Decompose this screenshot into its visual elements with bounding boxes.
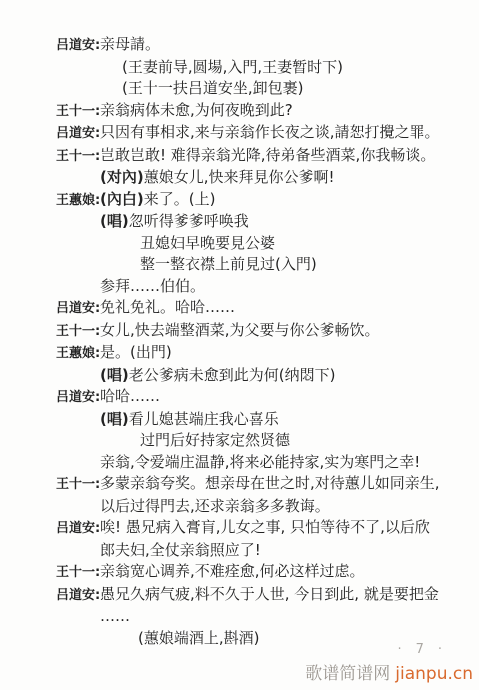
- page-number-decor-left: ·: [397, 642, 401, 657]
- dialogue-line: 吕道安:亲母請。: [0, 34, 479, 57]
- stage-marker: (唱): [100, 410, 129, 428]
- watermark-site-name: 歌谱简谱网: [305, 664, 390, 684]
- line-text: 是。(出門): [100, 343, 172, 361]
- line-text: 过門后好持家定然贤德: [140, 431, 290, 449]
- script-line: 以后过得門去,还求亲翁多多教诲。: [0, 496, 479, 518]
- speaker-name: 王十一:: [56, 474, 100, 496]
- page-number: ·7·: [390, 642, 449, 657]
- script-line: ……: [0, 606, 479, 628]
- script-line: (对內)蕙娘女儿,快来拜見你公爹啊!: [0, 167, 479, 189]
- line-text: 整一整衣襟上前見过(入門): [140, 255, 317, 273]
- line-text: 免礼免礼。哈哈……: [100, 298, 235, 316]
- script-line: 丑媳妇早晚要見公婆: [0, 233, 479, 255]
- dialogue-line: 吕道安:只因有事相求,来与亲翁作长夜之谈,請恕打攪之罪。: [0, 122, 479, 145]
- script-page: 吕道安:亲母請。(王妻前导,圆場,入門,王妻暂时下)(王十一扶吕道安坐,卸包裹)…: [0, 0, 479, 690]
- dialogue-line: 王十一:女儿,快去端整酒菜,为父要与你公爹畅饮。: [0, 320, 479, 343]
- line-text: 唉! 愚兄病入膏肓,儿女之事, 只怕等待不了,以后欣: [100, 518, 430, 536]
- speaker-name: 吕道安:: [56, 298, 100, 320]
- line-text: 亲翁宽心调养,不难痊愈,何必这样过虑。: [100, 562, 365, 580]
- line-text: 丑媳妇早晚要見公婆: [140, 234, 275, 252]
- page-number-decor-right: ·: [438, 642, 442, 657]
- line-text: 哈哈……: [100, 387, 160, 405]
- script-line: 参拜……伯伯。: [0, 276, 479, 298]
- speaker-name: 吕道安:: [56, 518, 100, 540]
- dialogue-line: 吕道安:唉! 愚兄病入膏肓,儿女之事, 只怕等待不了,以后欣: [0, 517, 479, 540]
- line-text: 女儿,快去端整酒菜,为父要与你公爹畅饮。: [100, 321, 380, 339]
- line-text: 亲翁病体未愈,为何夜晚到此?: [100, 101, 293, 119]
- script-body: 吕道安:亲母請。(王妻前导,圆場,入門,王妻暂时下)(王十一扶吕道安坐,卸包裹)…: [0, 34, 479, 649]
- stage-direction-line: (王十一扶吕道安坐,卸包裹): [0, 78, 479, 100]
- speaker-name: 吕道安:: [56, 35, 100, 57]
- dialogue-line: 王十一:亲翁病体未愈,为何夜晚到此?: [0, 100, 479, 123]
- dialogue-line: 王十一:多蒙亲翁夸奖。想亲母在世之时,对待蕙儿如同亲生,: [0, 473, 479, 496]
- dialogue-line: 王蕙娘:是。(出門): [0, 342, 479, 365]
- watermark: 歌谱简谱网jianpu.cn: [305, 659, 473, 684]
- line-text: 愚兄久病气疲,料不久于人世, 今日到此, 就是要把金: [100, 585, 439, 603]
- script-line: 过門后好持家定然贤德: [0, 430, 479, 452]
- dialogue-line: 吕道安:愚兄久病气疲,料不久于人世, 今日到此, 就是要把金: [0, 584, 479, 607]
- stage-direction-line: (王妻前导,圆場,入門,王妻暂时下): [0, 57, 479, 79]
- stage-marker: (唱): [100, 212, 129, 230]
- speaker-name: 王十一:: [56, 562, 100, 584]
- speaker-name: 王十一:: [56, 101, 100, 123]
- speaker-name: 王蕙娘:: [56, 343, 100, 365]
- dialogue-line: 王十一:亲翁宽心调养,不难痊愈,何必这样过虑。: [0, 561, 479, 584]
- dialogue-line: 吕道安:哈哈……: [0, 386, 479, 409]
- line-text: 亲母請。: [100, 35, 160, 53]
- line-text: 蕙娘女儿,快来拜見你公爹啊!: [144, 168, 335, 186]
- line-text: 看儿媳甚端庄我心喜乐: [129, 410, 279, 428]
- line-text: 岂敢岂敢! 难得亲翁光降,待弟备些酒菜,你我畅谈。: [100, 146, 435, 164]
- speaker-name: 王十一:: [56, 146, 100, 168]
- line-text: (蕙娘端酒上,斟酒): [138, 629, 259, 647]
- line-text: 老公爹病未愈到此为何(纳悶下): [129, 366, 336, 384]
- dialogue-line: 王十一:岂敢岂敢! 难得亲翁光降,待弟备些酒菜,你我畅谈。: [0, 145, 479, 168]
- watermark-site-url: jianpu.cn: [395, 664, 473, 684]
- speaker-name: 吕道安:: [56, 585, 100, 607]
- stage-marker: (內白): [100, 190, 144, 208]
- speaker-name: 王蕙娘:: [56, 190, 100, 212]
- line-text: 亲翁,令爱端庄温静,将来必能持家,实为寒門之幸!: [100, 453, 420, 471]
- speaker-name: 吕道安:: [56, 123, 100, 145]
- script-line: (唱)看儿媳甚端庄我心喜乐: [0, 409, 479, 431]
- dialogue-line: 王蕙娘:(內白)来了。(上): [0, 189, 479, 212]
- line-text: 忽听得爹爹呼唤我: [129, 212, 249, 230]
- stage-marker: (唱): [100, 366, 129, 384]
- line-text: 多蒙亲翁夸奖。想亲母在世之时,对待蕙儿如同亲生,: [100, 474, 440, 492]
- speaker-name: 吕道安:: [56, 387, 100, 409]
- script-line: 郎夫妇,全仗亲翁照应了!: [0, 540, 479, 562]
- script-line: (唱)老公爹病未愈到此为何(纳悶下): [0, 365, 479, 387]
- dialogue-line: 吕道安:免礼免礼。哈哈……: [0, 297, 479, 320]
- script-line: (唱)忽听得爹爹呼唤我: [0, 211, 479, 233]
- page-number-value: 7: [416, 642, 424, 657]
- script-line: 整一整衣襟上前見过(入門): [0, 254, 479, 276]
- stage-marker: (对內): [100, 168, 144, 186]
- speaker-name: 王十一:: [56, 321, 100, 343]
- line-text: (王妻前导,圆場,入門,王妻暂时下): [122, 58, 343, 76]
- line-text: 以后过得門去,还求亲翁多多教诲。: [100, 497, 330, 515]
- line-text: ……: [100, 607, 130, 625]
- line-text: 来了。(上): [144, 190, 216, 208]
- line-text: 参拜……伯伯。: [100, 277, 205, 295]
- line-text: 郎夫妇,全仗亲翁照应了!: [100, 541, 261, 559]
- line-text: 只因有事相求,来与亲翁作长夜之谈,請恕打攪之罪。: [100, 123, 440, 141]
- line-text: (王十一扶吕道安坐,卸包裹): [122, 79, 303, 97]
- script-line: 亲翁,令爱端庄温静,将来必能持家,实为寒門之幸!: [0, 452, 479, 474]
